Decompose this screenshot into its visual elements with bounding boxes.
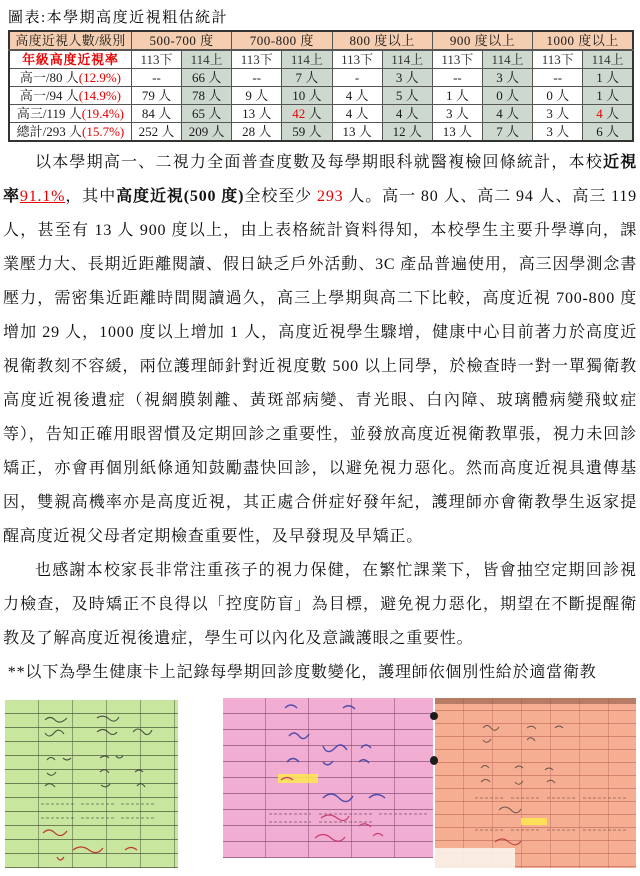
data-cell: -- — [232, 69, 282, 87]
cell-unit: 人 — [503, 70, 519, 85]
data-cell: 4 人 — [332, 87, 382, 105]
health-card-photo-green — [5, 700, 178, 868]
cell-unit: 人 — [155, 88, 171, 103]
cell-unit: 人 — [603, 106, 619, 121]
table-row: 高一/80 人(12.9%)--66 人--7 人-3 人--3 人--1 人 — [9, 69, 633, 87]
data-cell: 3 人 — [533, 123, 583, 142]
report-text: 以本學期高一、二視力全面普查度數及每學期眼科就醫複檢回條統計，本校近視率91.1… — [3, 146, 637, 690]
row-label-percentage: (19.4%) — [82, 106, 124, 121]
data-cell: 84 人 — [131, 105, 181, 123]
cell-unit: 人 — [603, 70, 619, 85]
cell-unit: 人 — [503, 88, 519, 103]
data-cell: 7 人 — [482, 123, 532, 142]
table-subheader-row: 年級高度近視率113下114上113下114上113下114上113下114上1… — [9, 50, 633, 69]
table-row: 高三/119 人(19.4%)84 人65 人13 人42 人4 人4 人3 人… — [9, 105, 633, 123]
data-cell: 0 人 — [533, 87, 583, 105]
data-cell: 7 人 — [282, 69, 332, 87]
row-label: 高三/119 人(19.4%) — [9, 105, 131, 123]
cell-unit: 人 — [158, 124, 174, 139]
text-segment: 也感謝本校家長非常注重孩子的視力保健，在繁忙課業下，皆會抽空定期回診視力檢查，及… — [3, 562, 637, 647]
cell-unit: 人 — [305, 88, 321, 103]
data-cell: 0 人 — [482, 87, 532, 105]
data-cell: 4 人 — [382, 105, 432, 123]
row-label-text: 高三/119 人 — [17, 106, 82, 121]
term-113-header: 113下 — [332, 50, 382, 69]
data-cell: 9 人 — [232, 87, 282, 105]
degree-group-header: 800 度以上 — [332, 31, 432, 50]
table-header-row: 高度近視人數/級別500-700 度700-800 度800 度以上900 度以… — [9, 31, 633, 50]
data-cell: 12 人 — [382, 123, 432, 142]
cell-value: 42 — [292, 106, 305, 121]
data-cell: 28 人 — [232, 123, 282, 142]
data-cell: 79 人 — [131, 87, 181, 105]
health-card-green-scribbles — [5, 700, 178, 868]
row-label: 高一/94 人(14.9%) — [9, 87, 131, 105]
cell-value: - — [355, 70, 359, 85]
cell-unit: 人 — [402, 88, 418, 103]
cell-value: 13 — [242, 106, 255, 121]
cell-unit: 人 — [252, 88, 268, 103]
cell-unit: 人 — [603, 124, 619, 139]
cell-unit: 人 — [355, 124, 371, 139]
data-cell: 65 人 — [182, 105, 232, 123]
text-segment: 全校至少 — [244, 188, 317, 205]
paragraph-1: 以本學期高一、二視力全面普查度數及每學期眼科就醫複檢回條統計，本校近視率91.1… — [3, 146, 637, 554]
cell-value: 13 — [443, 124, 456, 139]
cell-unit: 人 — [205, 70, 221, 85]
cell-value: 65 — [192, 106, 205, 121]
term-114-header: 114上 — [282, 50, 332, 69]
cell-unit: 人 — [406, 124, 422, 139]
data-cell: -- — [131, 69, 181, 87]
data-cell: 6 人 — [583, 123, 633, 142]
data-cell: 1 人 — [432, 87, 482, 105]
term-114-header: 114上 — [482, 50, 532, 69]
text-segment: 人。高一 80 人、高二 94 人、高三 119 人，甚至有 13 人 900 … — [3, 188, 637, 545]
cell-unit: 人 — [453, 88, 469, 103]
row-label-text: 高一/94 人 — [20, 88, 79, 103]
cell-value: 78 — [192, 88, 205, 103]
text-segment: 高度近視(500 度) — [116, 188, 244, 205]
data-cell: 3 人 — [533, 105, 583, 123]
text-segment: 91.1% — [20, 188, 65, 205]
table-row: 高一/94 人(14.9%)79 人78 人9 人10 人4 人5 人1 人0 … — [9, 87, 633, 105]
data-cell: 4 人 — [482, 105, 532, 123]
cell-value: -- — [252, 70, 261, 85]
cell-unit: 人 — [402, 70, 418, 85]
row-label: 高一/80 人(12.9%) — [9, 69, 131, 87]
text-segment: 以本學期高一、二視力全面普查度數及每學期眼科就醫複檢回條統計，本校 — [35, 154, 603, 171]
cell-value: -- — [453, 70, 462, 85]
data-cell: 42 人 — [282, 105, 332, 123]
degree-group-header: 900 度以上 — [432, 31, 532, 50]
cell-value: 59 — [292, 124, 305, 139]
term-113-header: 113下 — [232, 50, 282, 69]
text-segment: **以下為學生健康卡上記錄每學期回診度數變化，護理師依個別性給於適當衛教 — [8, 664, 597, 681]
cell-value: 209 — [189, 124, 209, 139]
page-title: 圖表:本學期高度近視粗估統計 — [8, 6, 228, 27]
cell-value: 252 — [139, 124, 159, 139]
degree-group-header: 700-800 度 — [232, 31, 332, 50]
paragraph-2: 也感謝本校家長非常注重孩子的視力保健，在繁忙課業下，皆會抽空定期回診視力檢查，及… — [3, 554, 637, 656]
cell-unit: 人 — [155, 106, 171, 121]
table-row: 總計/293 人(15.7%)252 人209 人28 人59 人13 人12 … — [9, 123, 633, 142]
health-card-salmon-scribbles — [435, 698, 636, 868]
data-cell: 252 人 — [131, 123, 181, 142]
cell-unit: 人 — [553, 124, 569, 139]
cell-unit: 人 — [402, 106, 418, 121]
term-113-header: 113下 — [131, 50, 181, 69]
cell-unit: 人 — [603, 88, 619, 103]
cell-unit: 人 — [205, 106, 221, 121]
cell-unit: 人 — [208, 124, 224, 139]
cell-unit: 人 — [456, 124, 472, 139]
cell-value: -- — [553, 70, 562, 85]
health-card-photo-pink — [223, 698, 433, 858]
cell-unit: 人 — [305, 106, 321, 121]
health-card-pink-scribbles — [223, 698, 433, 858]
data-cell: 66 人 — [182, 69, 232, 87]
cell-value: 66 — [192, 70, 205, 85]
data-cell: 1 人 — [583, 87, 633, 105]
cell-unit: 人 — [453, 106, 469, 121]
term-113-header: 113下 — [533, 50, 583, 69]
data-cell: 13 人 — [232, 105, 282, 123]
table-corner-label: 高度近視人數/級別 — [9, 31, 131, 50]
row-label-text: 總計/293 人 — [17, 124, 82, 139]
degree-group-header: 500-700 度 — [131, 31, 231, 50]
data-cell: 3 人 — [432, 105, 482, 123]
data-cell: - — [332, 69, 382, 87]
cell-value: 10 — [292, 88, 305, 103]
cell-value: 79 — [142, 88, 155, 103]
grade-rate-label: 年級高度近視率 — [9, 50, 131, 69]
cell-unit: 人 — [352, 106, 368, 121]
data-cell: 59 人 — [282, 123, 332, 142]
data-cell: 4 人 — [332, 105, 382, 123]
cell-value: -- — [152, 70, 161, 85]
health-card-photo-salmon — [435, 698, 636, 868]
cell-unit: 人 — [553, 106, 569, 121]
cell-value: 13 — [342, 124, 355, 139]
cell-value: 12 — [393, 124, 406, 139]
cell-value: 84 — [142, 106, 155, 121]
row-label-percentage: (14.9%) — [79, 88, 121, 103]
text-segment: ，其中 — [65, 188, 116, 205]
cell-unit: 人 — [305, 124, 321, 139]
data-cell: 4 人 — [583, 105, 633, 123]
cell-unit: 人 — [205, 88, 221, 103]
term-114-header: 114上 — [182, 50, 232, 69]
data-cell: 3 人 — [382, 69, 432, 87]
cell-value: 28 — [242, 124, 255, 139]
cell-unit: 人 — [553, 88, 569, 103]
binder-dot-top — [430, 712, 438, 720]
myopia-table-body: 高度近視人數/級別500-700 度700-800 度800 度以上900 度以… — [9, 31, 633, 141]
term-113-header: 113下 — [432, 50, 482, 69]
term-114-header: 114上 — [583, 50, 633, 69]
data-cell: 13 人 — [332, 123, 382, 142]
cell-unit: 人 — [352, 88, 368, 103]
cell-unit: 人 — [255, 124, 271, 139]
term-114-header: 114上 — [382, 50, 432, 69]
data-cell: 1 人 — [583, 69, 633, 87]
degree-group-header: 1000 度以上 — [533, 31, 633, 50]
data-cell: 209 人 — [182, 123, 232, 142]
text-segment: 293 — [317, 188, 343, 205]
row-label-percentage: (15.7%) — [82, 124, 124, 139]
data-cell: 5 人 — [382, 87, 432, 105]
data-cell: 3 人 — [482, 69, 532, 87]
binder-dot-bottom — [430, 756, 438, 765]
row-label-text: 高一/80 人 — [20, 70, 79, 85]
data-cell: -- — [432, 69, 482, 87]
data-cell: 13 人 — [432, 123, 482, 142]
cell-unit: 人 — [255, 106, 271, 121]
data-cell: 78 人 — [182, 87, 232, 105]
myopia-table: 高度近視人數/級別500-700 度700-800 度800 度以上900 度以… — [8, 30, 634, 142]
paragraph-note: **以下為學生健康卡上記錄每學期回診度數變化，護理師依個別性給於適當衛教 — [3, 656, 637, 690]
cell-unit: 人 — [503, 106, 519, 121]
data-cell: 10 人 — [282, 87, 332, 105]
row-label-percentage: (12.9%) — [79, 70, 121, 85]
row-label: 總計/293 人(15.7%) — [9, 123, 131, 142]
cell-unit: 人 — [302, 70, 318, 85]
data-cell: -- — [533, 69, 583, 87]
cell-unit: 人 — [503, 124, 519, 139]
